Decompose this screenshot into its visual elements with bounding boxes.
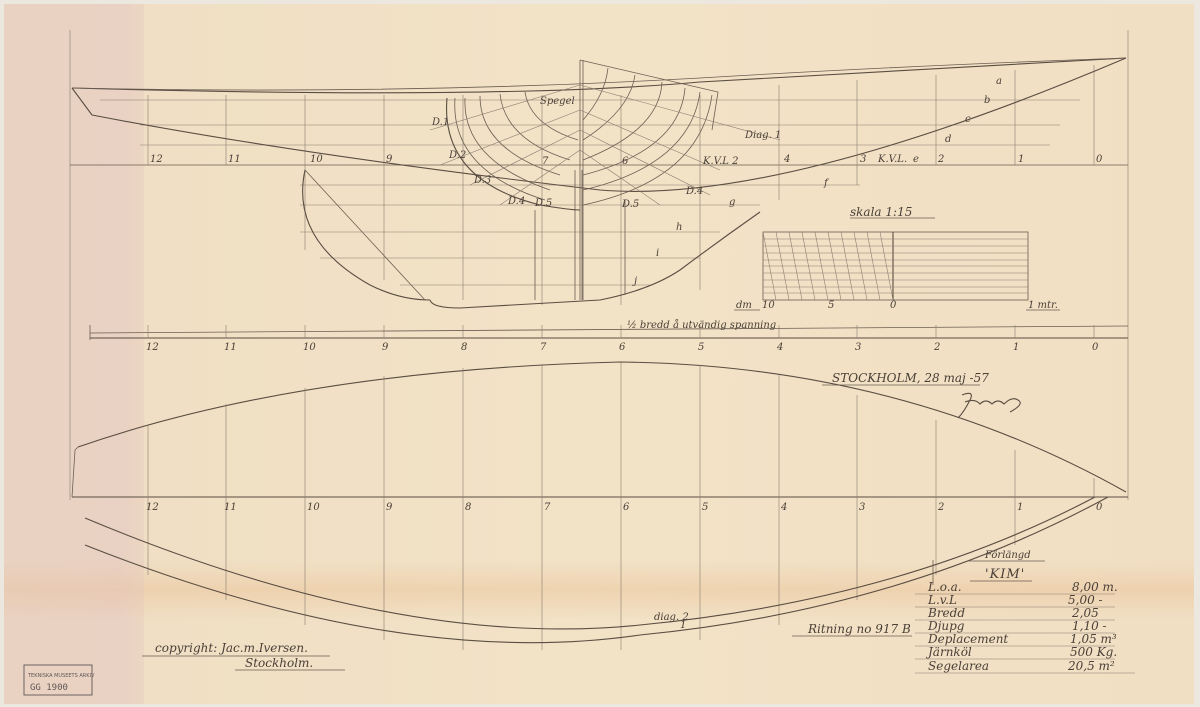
- svg-text:Djupg: Djupg: [927, 619, 965, 633]
- svg-text:1: 1: [1018, 154, 1024, 165]
- svg-text:3: 3: [855, 342, 861, 353]
- svg-text:copyright: Jac.m.Iversen.: copyright: Jac.m.Iversen.: [155, 641, 308, 655]
- svg-text:2: 2: [933, 342, 940, 353]
- svg-text:D.4: D.4: [507, 196, 525, 207]
- svg-text:12: 12: [146, 342, 159, 353]
- svg-text:5: 5: [702, 502, 708, 513]
- svg-text:h: h: [676, 222, 682, 233]
- svg-text:8: 8: [465, 502, 471, 513]
- svg-text:D.5: D.5: [621, 199, 639, 210]
- svg-text:D.4: D.4: [685, 186, 703, 197]
- svg-text:d: d: [945, 134, 951, 145]
- svg-text:1: 1: [1013, 342, 1019, 353]
- svg-text:L.o.a.: L.o.a.: [927, 580, 962, 594]
- svg-text:2,05: 2,05: [1071, 606, 1099, 620]
- svg-text:9: 9: [382, 342, 389, 353]
- svg-text:11: 11: [224, 342, 237, 353]
- svg-text:4: 4: [776, 342, 783, 353]
- svg-text:1: 1: [1017, 502, 1023, 513]
- svg-text:6: 6: [619, 342, 626, 353]
- svg-text:500 Kg.: 500 Kg.: [1070, 645, 1117, 659]
- svg-text:Segelarea: Segelarea: [928, 659, 989, 673]
- svg-text:10: 10: [303, 342, 316, 353]
- svg-text:Diag. 1: Diag. 1: [744, 130, 781, 141]
- svg-text:9: 9: [386, 154, 393, 165]
- svg-text:2: 2: [937, 154, 944, 165]
- svg-text:12: 12: [146, 502, 159, 513]
- svg-text:½ bredd å utvändig spanning: ½ bredd å utvändig spanning: [627, 319, 776, 331]
- svg-text:7: 7: [544, 502, 551, 513]
- svg-text:7: 7: [542, 156, 549, 167]
- lines-drawing-sheet: 12 11 10 9 4 3 K.V.L. 2 1 0 a b c d e f …: [0, 0, 1200, 707]
- svg-text:6: 6: [623, 502, 630, 513]
- svg-text:5: 5: [828, 300, 834, 311]
- svg-text:10: 10: [762, 300, 775, 311]
- svg-text:10: 10: [310, 154, 323, 165]
- svg-text:8,00 m.: 8,00 m.: [1072, 580, 1118, 594]
- svg-text:20,5 m²: 20,5 m²: [1067, 659, 1115, 673]
- svg-text:1: 1: [680, 620, 686, 631]
- svg-text:6: 6: [622, 156, 629, 167]
- svg-text:K.V.L 2: K.V.L 2: [702, 156, 738, 167]
- svg-text:0: 0: [890, 300, 897, 311]
- svg-text:Deplacement: Deplacement: [927, 632, 1008, 646]
- svg-text:3: 3: [859, 502, 865, 513]
- svg-text:Förlängd: Förlängd: [984, 550, 1031, 561]
- drawing-number: Ritning no 917 B: [792, 622, 912, 636]
- svg-text:e: e: [913, 154, 919, 165]
- svg-text:b: b: [984, 95, 990, 106]
- svg-text:a: a: [996, 76, 1002, 87]
- svg-text:Ritning no 917 B: Ritning no 917 B: [807, 622, 911, 636]
- svg-text:D.1: D.1: [431, 117, 449, 128]
- svg-text:10: 10: [307, 502, 320, 513]
- svg-text:1,10 -: 1,10 -: [1072, 619, 1107, 633]
- svg-text:8: 8: [461, 342, 467, 353]
- svg-text:Spegel: Spegel: [540, 96, 575, 107]
- svg-text:'KIM': 'KIM': [985, 567, 1025, 582]
- svg-text:i: i: [656, 248, 659, 259]
- svg-text:D.2: D.2: [448, 150, 466, 161]
- svg-text:1 mtr.: 1 mtr.: [1028, 300, 1058, 311]
- place-date: STOCKHOLM, 28 maj -57: [822, 371, 989, 385]
- svg-text:0: 0: [1096, 154, 1103, 165]
- svg-text:g: g: [729, 197, 735, 208]
- svg-text:0: 0: [1092, 342, 1099, 353]
- svg-text:2: 2: [937, 502, 944, 513]
- svg-text:11: 11: [224, 502, 237, 513]
- svg-text:c: c: [965, 114, 971, 125]
- svg-text:Bredd: Bredd: [927, 606, 965, 620]
- paper-stain-left: [4, 4, 144, 704]
- svg-text:skala 1:15: skala 1:15: [850, 205, 912, 219]
- svg-text:D.3: D.3: [473, 175, 491, 186]
- svg-text:1,05 m³: 1,05 m³: [1070, 632, 1117, 646]
- svg-text:12: 12: [150, 154, 163, 165]
- svg-text:D.5: D.5: [534, 198, 552, 209]
- svg-text:0: 0: [1096, 502, 1103, 513]
- svg-text:5: 5: [698, 342, 704, 353]
- svg-text:Järnköl: Järnköl: [925, 645, 972, 659]
- svg-text:L.v.L: L.v.L: [927, 593, 957, 607]
- svg-text:4: 4: [783, 154, 790, 165]
- svg-text:3: 3: [860, 154, 866, 165]
- svg-text:7: 7: [540, 342, 547, 353]
- svg-text:TEKNISKA MUSEETS ARKIV: TEKNISKA MUSEETS ARKIV: [27, 673, 95, 679]
- svg-text:K.V.L.: K.V.L.: [877, 154, 907, 165]
- svg-text:9: 9: [386, 502, 393, 513]
- svg-text:GG 1900: GG 1900: [30, 683, 68, 693]
- svg-text:4: 4: [780, 502, 787, 513]
- svg-text:5,00 -: 5,00 -: [1068, 593, 1103, 607]
- svg-text:STOCKHOLM, 28 maj -57: STOCKHOLM, 28 maj -57: [832, 371, 989, 385]
- svg-text:11: 11: [228, 154, 241, 165]
- svg-text:dm: dm: [736, 300, 752, 311]
- svg-text:Stockholm.: Stockholm.: [245, 656, 313, 670]
